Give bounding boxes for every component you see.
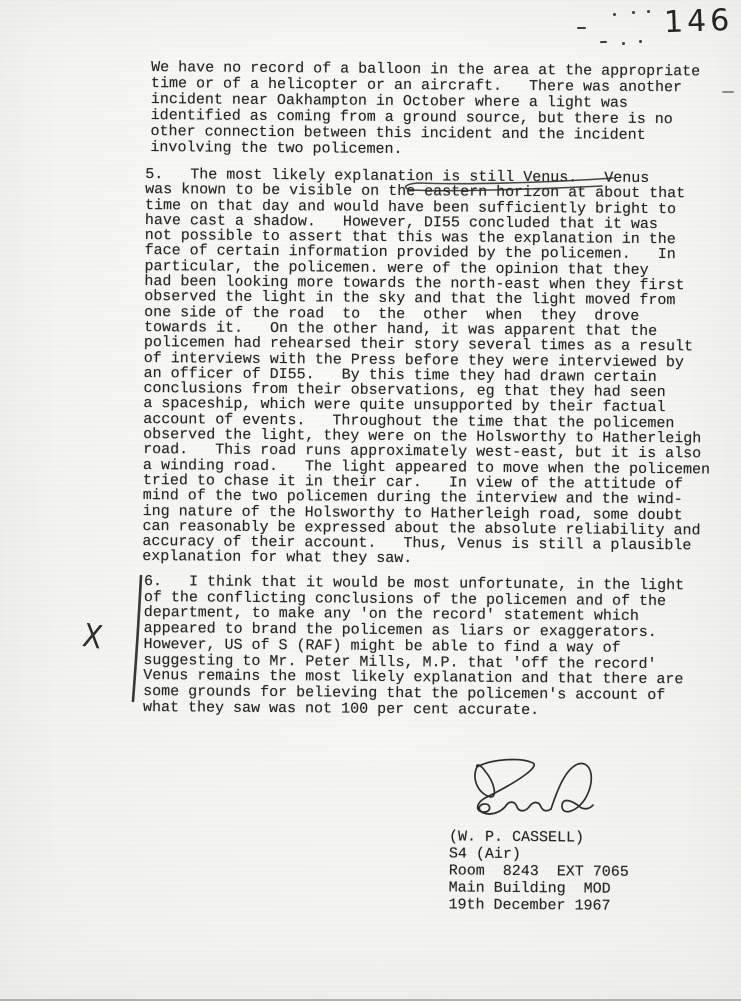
signature-typed-block: (W. P. CASSELL) S4 (Air) Room 8243 EXT 7… (448, 828, 629, 914)
paragraph-6: 6. I think that it would be most unfortu… (143, 574, 684, 720)
paragraph-5: 5. The most likely explanation is still … (142, 167, 712, 569)
scanned-memo-page: 146 We have no record of a balloon in th… (0, 0, 741, 1001)
typed-text-layer: We have no record of a balloon in the ar… (0, 0, 741, 1001)
paragraph-intro: We have no record of a balloon in the ar… (150, 60, 700, 160)
